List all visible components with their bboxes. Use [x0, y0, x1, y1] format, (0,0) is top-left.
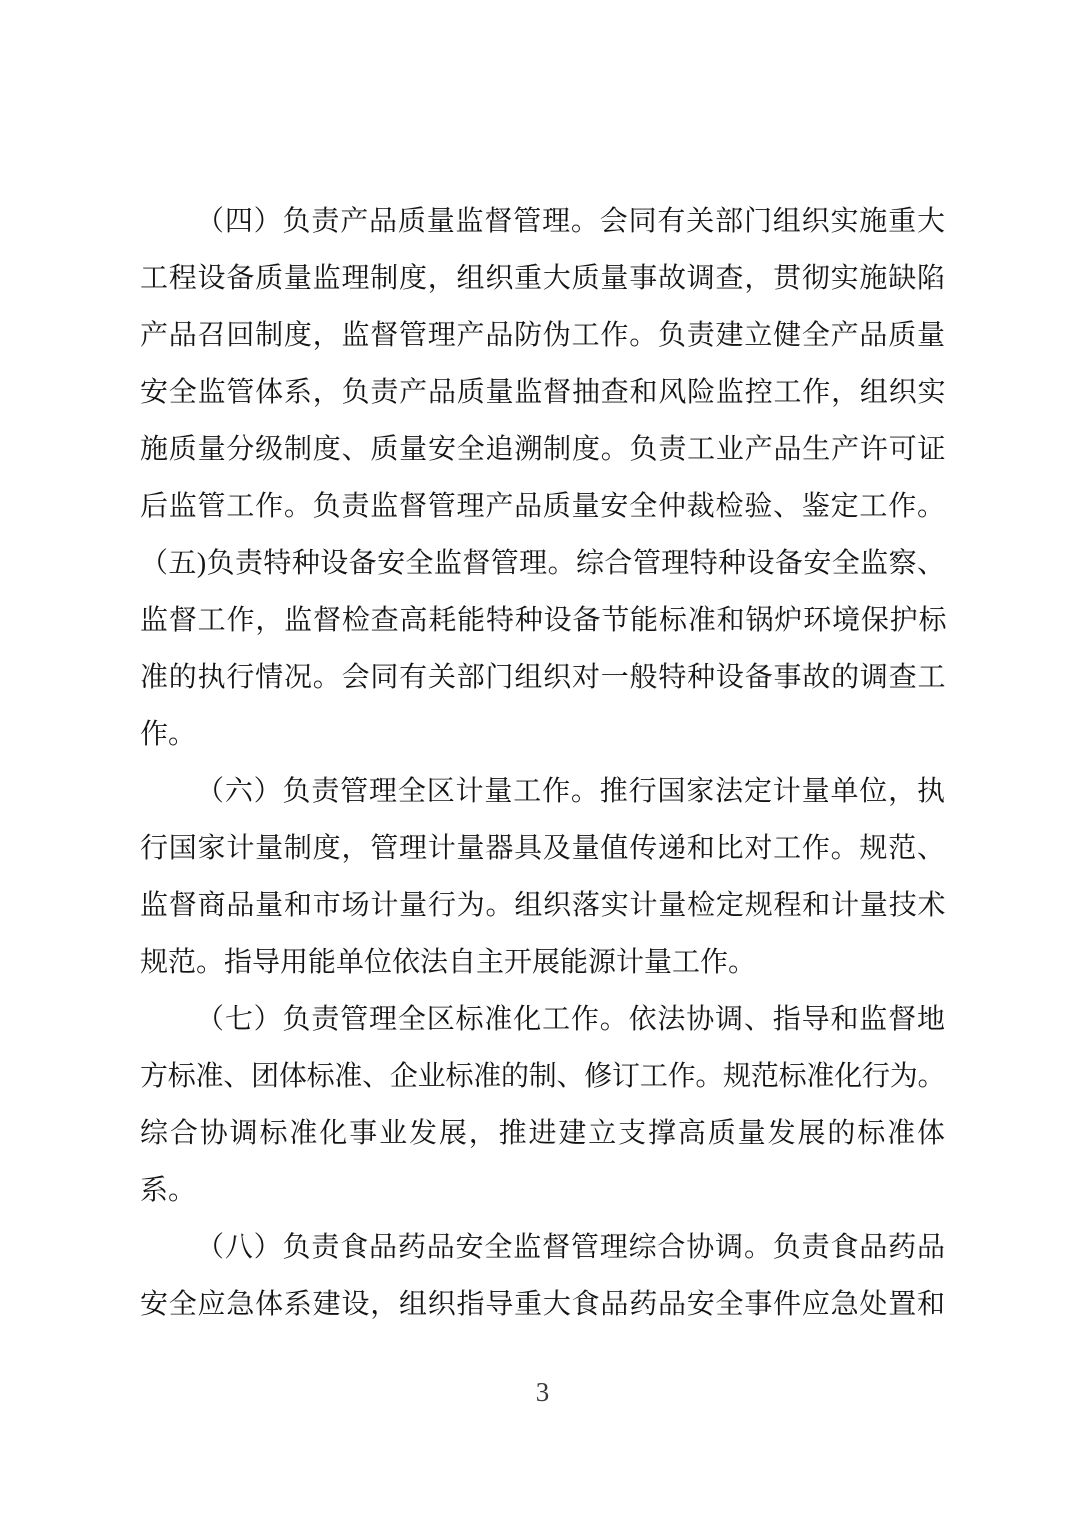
document-page: （四）负责产品质量监督管理。会同有关部门组织实施重大 工程设备质量监理制度，组织… [0, 0, 1074, 1520]
text-line: 系。 [140, 1162, 945, 1219]
text-line: 规范。指导用能单位依法自主开展能源计量工作。 [140, 934, 945, 991]
text-line: （七）负责管理全区标准化工作。依法协调、指导和监督地 [140, 991, 945, 1048]
text-line: 准的执行情况。会同有关部门组织对一般特种设备事故的调查工 [140, 649, 945, 706]
document-text-block: （四）负责产品质量监督管理。会同有关部门组织实施重大 工程设备质量监理制度，组织… [140, 193, 945, 1333]
text-line: 工程设备质量监理制度，组织重大质量事故调查，贯彻实施缺陷 [140, 250, 945, 307]
text-line: 后监管工作。负责监督管理产品质量安全仲裁检验、鉴定工作。 [140, 478, 945, 535]
text-line: （六）负责管理全区计量工作。推行国家法定计量单位，执 [140, 763, 945, 820]
text-line: 作。 [140, 706, 945, 763]
text-line: （五)负责特种设备安全监督管理。综合管理特种设备安全监察、 [140, 535, 945, 592]
text-line: 安全应急体系建设，组织指导重大食品药品安全事件应急处置和 [140, 1276, 945, 1333]
text-line: 行国家计量制度，管理计量器具及量值传递和比对工作。规范、 [140, 820, 945, 877]
text-line: 监督商品量和市场计量行为。组织落实计量检定规程和计量技术 [140, 877, 945, 934]
text-line: 综合协调标准化事业发展，推进建立支撑高质量发展的标准体 [140, 1105, 945, 1162]
text-line: 监督工作，监督检查高耗能特种设备节能标准和锅炉环境保护标 [140, 592, 945, 649]
text-line: （四）负责产品质量监督管理。会同有关部门组织实施重大 [140, 193, 945, 250]
text-line: 产品召回制度，监督管理产品防伪工作。负责建立健全产品质量 [140, 307, 945, 364]
text-line: 施质量分级制度、质量安全追溯制度。负责工业产品生产许可证 [140, 421, 945, 478]
page-number: 3 [140, 1376, 945, 1408]
text-line: 安全监管体系，负责产品质量监督抽查和风险监控工作，组织实 [140, 364, 945, 421]
text-line: 方标准、团体标准、企业标准的制、修订工作。规范标准化行为。 [140, 1048, 945, 1105]
text-line: （八）负责食品药品安全监督管理综合协调。负责食品药品 [140, 1219, 945, 1276]
